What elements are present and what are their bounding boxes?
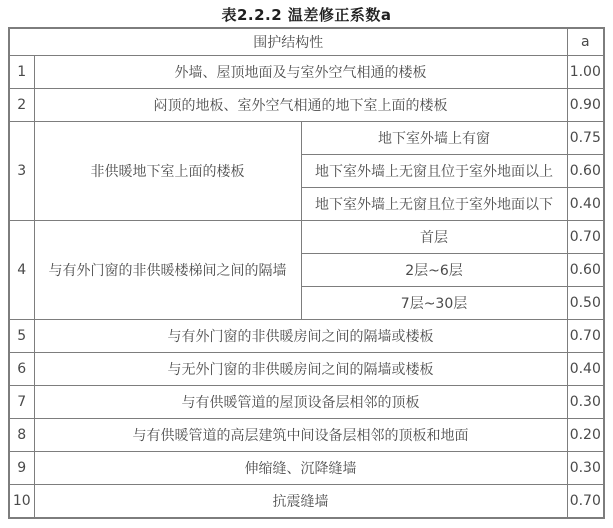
row-value: 0.50 bbox=[567, 287, 604, 320]
row-desc: 与有外门窗的非供暖楼梯间之间的隔墙 bbox=[34, 221, 301, 320]
table-row: 7 与有供暖管道的屋顶设备层相邻的顶板 0.30 bbox=[9, 386, 604, 419]
table-row: 10 抗震缝墙 0.70 bbox=[9, 485, 604, 519]
document-page: 表2.2.2 温差修正系数a 围护结构性 a 1 外墙、屋顶地面及与室外空气相通… bbox=[0, 0, 613, 528]
row-number: 6 bbox=[9, 353, 34, 386]
row-desc: 闷顶的地板、室外空气相通的地下室上面的楼板 bbox=[34, 89, 567, 122]
row-number: 1 bbox=[9, 56, 34, 89]
subrow-condition: 地下室外墙上无窗且位于室外地面以下 bbox=[301, 188, 567, 221]
row-desc: 外墙、屋顶地面及与室外空气相通的楼板 bbox=[34, 56, 567, 89]
table-row: 1 外墙、屋顶地面及与室外空气相通的楼板 1.00 bbox=[9, 56, 604, 89]
row-number: 4 bbox=[9, 221, 34, 320]
table-row: 5 与有外门窗的非供暖房间之间的隔墙或楼板 0.70 bbox=[9, 320, 604, 353]
row-value: 0.70 bbox=[567, 320, 604, 353]
row-number: 3 bbox=[9, 122, 34, 221]
table-title: 表2.2.2 温差修正系数a bbox=[0, 4, 613, 25]
row-desc: 非供暖地下室上面的楼板 bbox=[34, 122, 301, 221]
temperature-correction-table: 围护结构性 a 1 外墙、屋顶地面及与室外空气相通的楼板 1.00 2 闷顶的地… bbox=[8, 27, 605, 519]
col-header-a: a bbox=[567, 28, 604, 56]
table-row: 9 伸缩缝、沉降缝墙 0.30 bbox=[9, 452, 604, 485]
row-desc: 与无外门窗的非供暖房间之间的隔墙或楼板 bbox=[34, 353, 567, 386]
col-header-structure: 围护结构性 bbox=[9, 28, 567, 56]
subrow-condition: 地下室外墙上有窗 bbox=[301, 122, 567, 155]
row-value: 0.40 bbox=[567, 353, 604, 386]
row-number: 5 bbox=[9, 320, 34, 353]
row-value: 0.75 bbox=[567, 122, 604, 155]
subrow-condition: 地下室外墙上无窗且位于室外地面以上 bbox=[301, 155, 567, 188]
row-value: 0.30 bbox=[567, 452, 604, 485]
row-number: 8 bbox=[9, 419, 34, 452]
row-value: 0.60 bbox=[567, 155, 604, 188]
header-row: 围护结构性 a bbox=[9, 28, 604, 56]
row-desc: 与有供暖管道的屋顶设备层相邻的顶板 bbox=[34, 386, 567, 419]
table-row: 8 与有供暖管道的高层建筑中间设备层相邻的顶板和地面 0.20 bbox=[9, 419, 604, 452]
table-row: 3 非供暖地下室上面的楼板 地下室外墙上有窗 0.75 bbox=[9, 122, 604, 155]
row-value: 0.30 bbox=[567, 386, 604, 419]
row-value: 0.70 bbox=[567, 485, 604, 519]
table-row: 6 与无外门窗的非供暖房间之间的隔墙或楼板 0.40 bbox=[9, 353, 604, 386]
row-value: 0.20 bbox=[567, 419, 604, 452]
row-value: 0.60 bbox=[567, 254, 604, 287]
row-number: 9 bbox=[9, 452, 34, 485]
row-value: 0.40 bbox=[567, 188, 604, 221]
row-number: 10 bbox=[9, 485, 34, 519]
row-value: 1.00 bbox=[567, 56, 604, 89]
row-number: 2 bbox=[9, 89, 34, 122]
row-desc: 与有供暖管道的高层建筑中间设备层相邻的顶板和地面 bbox=[34, 419, 567, 452]
subrow-condition: 7层~30层 bbox=[301, 287, 567, 320]
table-row: 4 与有外门窗的非供暖楼梯间之间的隔墙 首层 0.70 bbox=[9, 221, 604, 254]
subrow-condition: 2层~6层 bbox=[301, 254, 567, 287]
row-value: 0.90 bbox=[567, 89, 604, 122]
row-value: 0.70 bbox=[567, 221, 604, 254]
row-number: 7 bbox=[9, 386, 34, 419]
row-desc: 抗震缝墙 bbox=[34, 485, 567, 519]
table-row: 2 闷顶的地板、室外空气相通的地下室上面的楼板 0.90 bbox=[9, 89, 604, 122]
row-desc: 与有外门窗的非供暖房间之间的隔墙或楼板 bbox=[34, 320, 567, 353]
subrow-condition: 首层 bbox=[301, 221, 567, 254]
row-desc: 伸缩缝、沉降缝墙 bbox=[34, 452, 567, 485]
